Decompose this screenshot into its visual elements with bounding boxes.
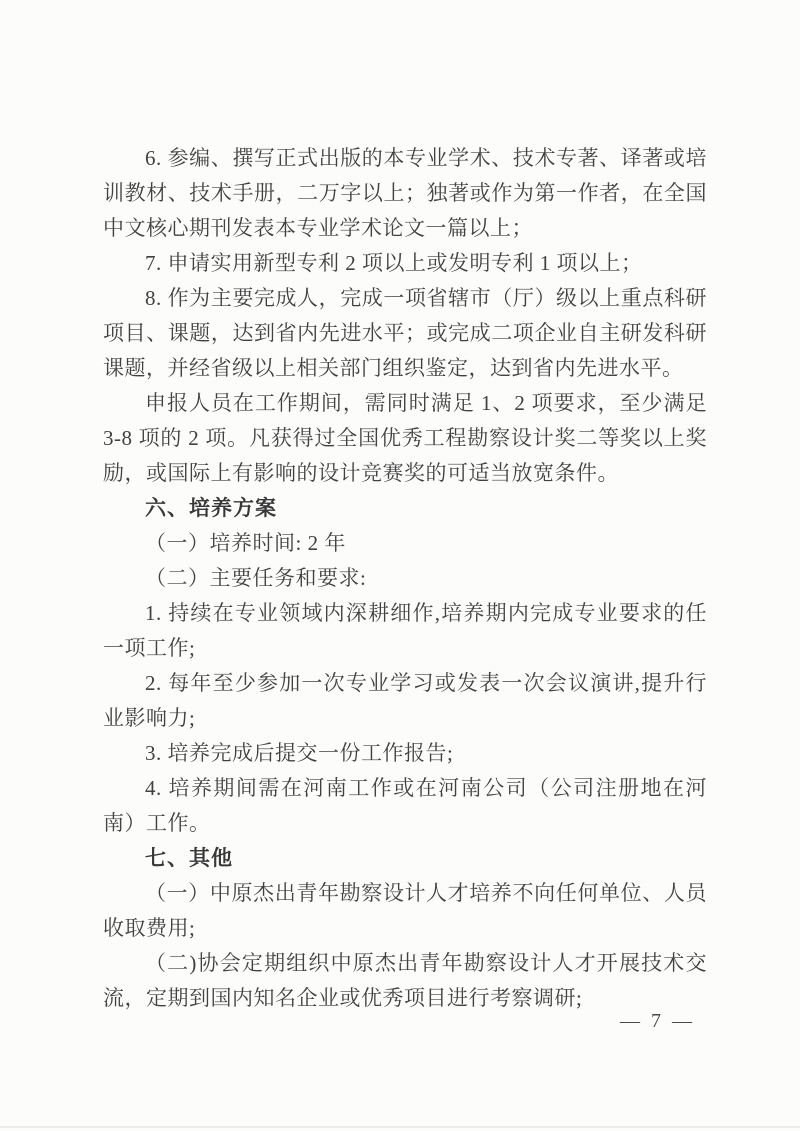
document-paragraph: 4. 培养期间需在河南工作或在河南公司（公司注册地在河南）工作。: [103, 771, 707, 841]
document-paragraph: 7. 申请实用新型专利 2 项以上或发明专利 1 项以上；: [103, 246, 707, 281]
document-body: 6. 参编、撰写正式出版的本专业学术、技术专著、译著或培训教材、技术手册，二万字…: [103, 141, 707, 1016]
document-paragraph: （一）中原杰出青年勘察设计人才培养不向任何单位、人员收取费用;: [103, 876, 707, 946]
document-paragraph: 3. 培养完成后提交一份工作报告;: [103, 736, 707, 771]
scan-edge-shadow: [0, 1126, 800, 1128]
document-paragraph: （二)协会定期组织中原杰出青年勘察设计人才开展技术交流，定期到国内知名企业或优秀…: [103, 946, 707, 1016]
document-paragraph: 8. 作为主要完成人，完成一项省辖市（厅）级以上重点科研项目、课题，达到省内先进…: [103, 281, 707, 386]
section-heading: 六、培养方案: [103, 491, 707, 526]
document-paragraph: 1. 持续在专业领域内深耕细作,培养期内完成专业要求的任一项工作;: [103, 596, 707, 666]
document-paragraph: 6. 参编、撰写正式出版的本专业学术、技术专著、译著或培训教材、技术手册，二万字…: [103, 141, 707, 246]
document-page: 6. 参编、撰写正式出版的本专业学术、技术专著、译著或培训教材、技术手册，二万字…: [0, 0, 800, 1131]
document-paragraph: 2. 每年至少参加一次专业学习或发表一次会议演讲,提升行业影响力;: [103, 666, 707, 736]
document-paragraph: （二）主要任务和要求:: [103, 561, 707, 596]
document-paragraph: 申报人员在工作期间，需同时满足 1、2 项要求，至少满足 3-8 项的 2 项。…: [103, 386, 707, 491]
section-heading: 七、其他: [103, 841, 707, 876]
page-number: — 7 —: [620, 1006, 695, 1036]
document-paragraph: （一）培养时间: 2 年: [103, 526, 707, 561]
